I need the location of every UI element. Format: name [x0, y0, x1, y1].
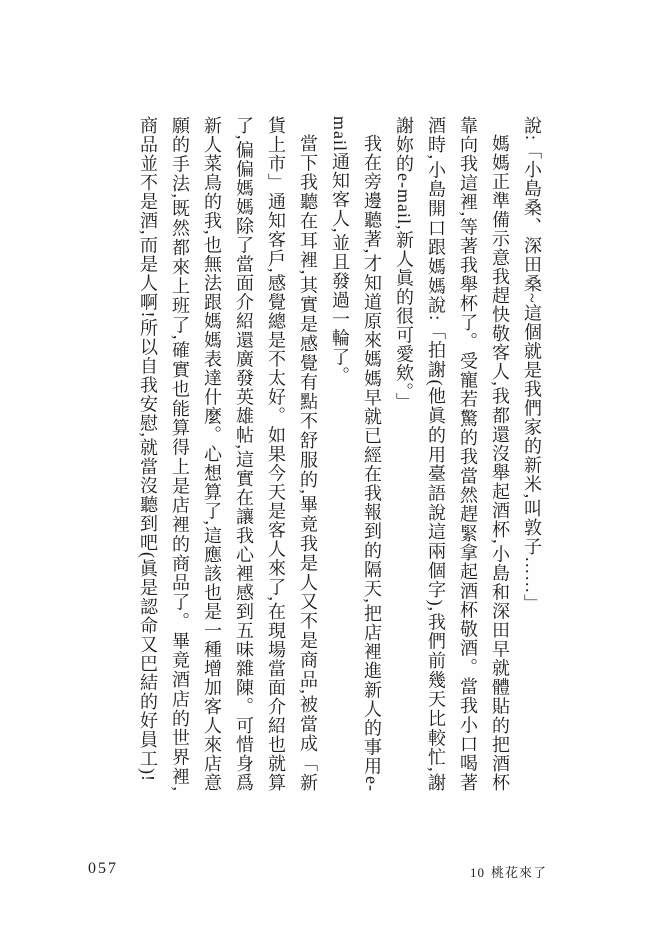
- chapter-footer: 10 桃花來了: [470, 862, 547, 881]
- body-text: 說:「小島桑、深田桑~這個就是我們家的新米,叫敦子……」 媽媽正準備示意我趕快敬…: [132, 116, 548, 792]
- book-page: 說:「小島桑、深田桑~這個就是我們家的新米,叫敦子……」 媽媽正準備示意我趕快敬…: [0, 0, 663, 932]
- page-number: 057: [88, 860, 118, 878]
- paragraph: 當下我聽在耳裡,其實是感覺有點不舒服的,畢竟我是人又不是商品,被當成「新貨上市」…: [132, 116, 324, 792]
- chapter-number: 10: [470, 865, 485, 881]
- paragraph-continuation: 說:「小島桑、深田桑~這個就是我們家的新米,叫敦子……」: [516, 116, 548, 792]
- paragraph: 媽媽正準備示意我趕快敬客人,我都還沒舉起酒杯,小島和深田早就體貼的把酒杯靠向我這…: [388, 116, 516, 792]
- paragraph: 我在旁邊聽著,才知道原來媽媽早就已經在我報到的隔天,把店裡進新人的事用e-mai…: [324, 116, 388, 792]
- chapter-title: 桃花來了: [491, 862, 547, 881]
